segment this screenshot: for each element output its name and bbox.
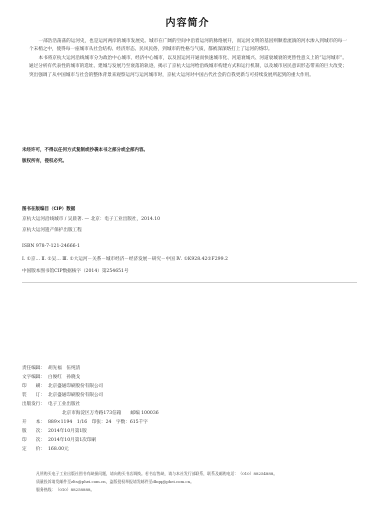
copyright-page: 内容简介 一部浩浩荡荡的运河史，也是运河两岸的城市发展史。城市在广阔的空间中沿着… — [0, 0, 375, 507]
credit-key: 出版发行： — [22, 400, 48, 409]
credit-value: 电子工业出版社 — [48, 400, 80, 409]
credit-value: 北京市海淀区万寿路173信箱 邮编 100036 — [62, 409, 159, 418]
rights-notice: 版权所有，侵权必究。 — [22, 158, 67, 164]
credit-key: 版 次： — [22, 427, 48, 436]
credit-value: 889×1194 1/16 印张：24 字数：615千字 — [48, 418, 148, 427]
credit-key: 开 本： — [22, 418, 48, 427]
credit-value: 北京盛通印刷股份有限公司 — [48, 382, 103, 391]
credit-key: 装 订： — [22, 391, 48, 400]
isbn: ISBN 978-7-121-24666-1 — [22, 244, 80, 249]
credit-row: 定 价：168.00元 — [22, 445, 159, 454]
credit-key — [22, 409, 62, 418]
credit-key: 印 次： — [22, 436, 48, 445]
credit-key: 印 刷： — [22, 382, 48, 391]
cip-divider — [22, 282, 357, 283]
publisher-footer: 凡所购买电子工业出版社图书有缺损问题，请向购买书店调换。若书店售缺，请与本社发行… — [36, 470, 277, 494]
cip-classification: Ⅰ. ①京… Ⅱ. ①吴… Ⅲ. ①大运河－关系－城市经济－经济发展－研究－中国… — [22, 256, 228, 262]
credit-value: 2014年10月第1次印刷 — [48, 436, 96, 445]
credit-row: 印 次：2014年10月第1次印刷 — [22, 436, 159, 445]
credit-row: 版 次：2014年10月第1版 — [22, 427, 159, 436]
publication-credits: 责任编辑：胡先福 伍纯清 文字编辑：白俊红 孙晓戈 印 刷：北京盛通印刷股份有限… — [22, 364, 159, 454]
credit-value: 2014年10月第1版 — [48, 427, 87, 436]
credit-value: 白俊红 孙晓戈 — [48, 373, 80, 382]
credit-row: 印 刷：北京盛通印刷股份有限公司 — [22, 382, 159, 391]
credit-row: 文字编辑：白俊红 孙晓戈 — [22, 373, 159, 382]
credit-row: 装 订：北京盛通印刷股份有限公司 — [22, 391, 159, 400]
credit-value: 168.00元 — [48, 445, 69, 454]
credit-key: 定 价： — [22, 445, 48, 454]
credit-value: 胡先福 伍纯清 — [48, 364, 80, 373]
credit-value: 北京盛通印刷股份有限公司 — [48, 391, 103, 400]
page-title: 内容简介 — [0, 14, 375, 29]
credit-row: 责任编辑：胡先福 伍纯清 — [22, 364, 159, 373]
cip-record-number: 中国版本图书馆CIP数据核字（2014）第254651号 — [22, 268, 129, 274]
footer-line-3: 服务热线：（010）88258888。 — [36, 486, 277, 494]
cip-heading: 图书在版编目（CIP）数据 — [22, 206, 75, 212]
summary-paragraph-2: 本书将京杭大运河沿线城市分为政治中心城市、经济中心城市，以及因运河开通而快速城市… — [29, 55, 347, 80]
footer-line-2: 质量投诉请发邮件至zlts@phei.com.cn，盗版侵权举报请发邮件至dbq… — [36, 478, 277, 486]
credit-key: 责任编辑： — [22, 364, 48, 373]
credit-row: 出版发行：电子工业出版社 — [22, 400, 159, 409]
copy-warning: 未经许可，不得以任何方式复制或抄袭本书之部分或全部内容。 — [22, 147, 148, 153]
cip-line-1: 京杭大运河沿线城市 / 吴晨著. — 北京：电子工业出版社，2014.10 — [22, 216, 160, 222]
credit-key: 文字编辑： — [22, 373, 48, 382]
credit-row: 北京市海淀区万寿路173信箱 邮编 100036 — [22, 409, 159, 418]
cip-line-2: 京杭大运河遗产保护出版工程 — [22, 227, 82, 233]
content-summary: 一部浩浩荡荡的运河史，也是运河两岸的城市发展史。城市在广阔的空间中沿着运河的脉络… — [29, 38, 347, 80]
summary-paragraph-1: 一部浩浩荡荡的运河史，也是运河两岸的城市发展史。城市在广阔的空间中沿着运河的脉络… — [29, 38, 347, 55]
credit-row: 开 本：889×1194 1/16 印张：24 字数：615千字 — [22, 418, 159, 427]
footer-line-1: 凡所购买电子工业出版社图书有缺损问题，请向购买书店调换。若书店售缺，请与本社发行… — [36, 470, 277, 478]
